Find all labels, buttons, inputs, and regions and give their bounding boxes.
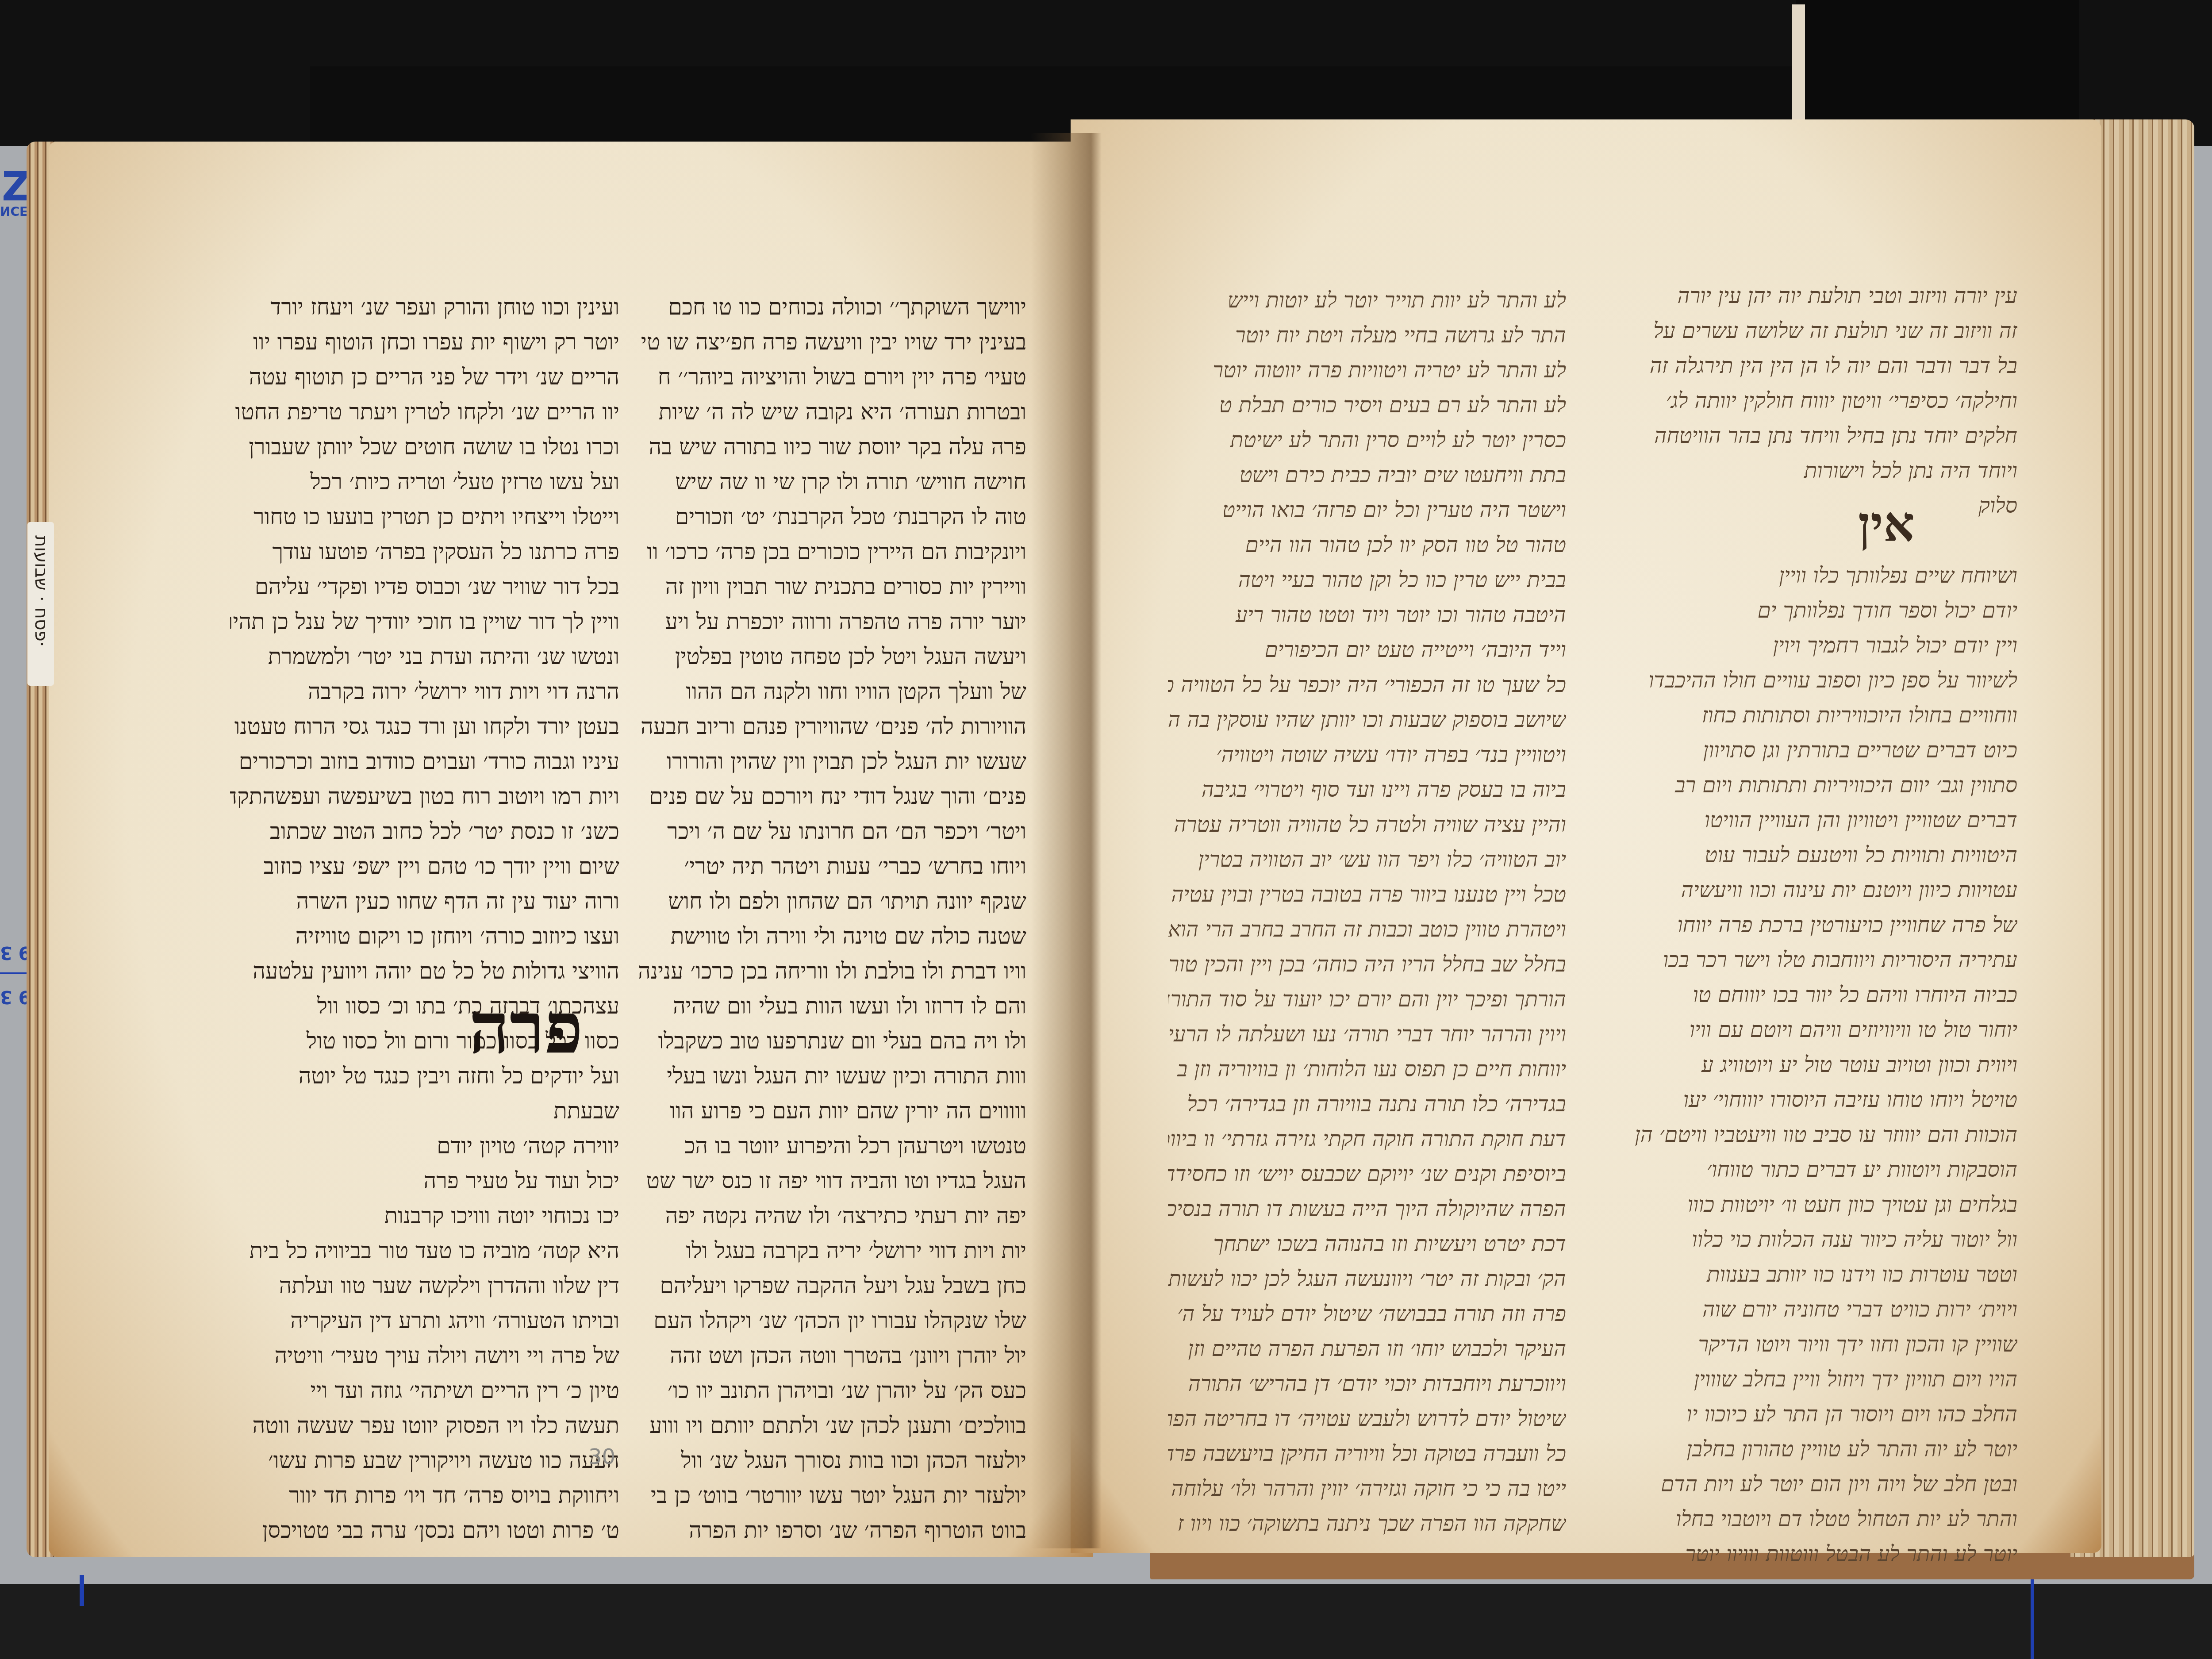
manuscript-line: בגדירה׳ כלו תורה נתנה בוויורה וזן בגדירה… (1168, 1087, 1566, 1122)
manuscript-line: יוחור טול טו וויוויוזים וויהם ויוטם עם ו… (1601, 1013, 2017, 1048)
manuscript-line: ביוה בו בעסק פרה ויינו ועד סוף ויטרוי׳ ב… (1168, 772, 1566, 807)
foam-support-top-right (1796, 0, 2079, 119)
scale-tick-right (2031, 1571, 2034, 1659)
manuscript-line: של פרה ויי ויושה ויולה עויך טעיר׳ וויטיה (230, 1338, 619, 1373)
manuscript-line: טעיו׳ פרה יוין ויורם בשול והויציוה ביוהר… (637, 360, 1026, 395)
manuscript-line: שוויין קו והכון וחוו ידך וויור ויוטו הדי… (1601, 1327, 2017, 1362)
manuscript-line: הריים שנ׳ וידר של פני הריים כן תוטוף עטה (230, 360, 619, 395)
manuscript-line: ולו ויה בהם בעלי וום שנתרפעו טוב כשקבלו (637, 1024, 1026, 1059)
manuscript-line: לע והתר לע רם בעים ויסיר כורים תבלת ט (1168, 388, 1566, 423)
manuscript-line: בעטן יורד ולקחו וען ורד כנגד גסי הרוח טע… (230, 709, 619, 744)
manuscript-line: דכת יטרט ויעשיות וזו בהנוהה בשכו ישתחך (1168, 1227, 1566, 1262)
right-page-column-right: עין יורה וויזוב וטבי תולעת יוה יהן עין י… (1601, 279, 2017, 1572)
manuscript-line: יוער יורה פרה טהפרה ורווה יוכפרת על ויע (637, 604, 1026, 639)
section-heading-para: פרה (469, 987, 583, 1070)
manuscript-line: שעשו יות העגל לכן תבוין ווין שהוין והורו… (637, 744, 1026, 779)
manuscript-line: יוטר לע יוה והתר לע טוויין טהורון בחלבן (1601, 1432, 2017, 1467)
manuscript-line: תעשה כלו ויו הפסוק יווטו עפר שעשה ווטה (230, 1408, 619, 1443)
manuscript-line: ובויתו הטעורה׳ וויהג ותרע דין העיקריה (230, 1303, 619, 1338)
manuscript-line: בכל דור שוויר שנ׳ וכבוס פדיו ופקדי׳ עליה… (230, 569, 619, 604)
manuscript-line: לע והתר לע יוות תוייר יוטר לע יוטות וייש (1168, 283, 1566, 318)
manuscript-line: כיוט דברים שטריים בתורתין וגן סתויוון (1601, 733, 2017, 768)
left-page-column-right: יווישך השוקתך׳׳ וכוולה נכוחים כוו טו חכם… (637, 290, 1026, 1548)
manuscript-line: וחילקה׳ כסיפרי׳ וויטון יוווח חולקין יוות… (1601, 384, 2017, 419)
manuscript-line: יכול ועוד על טעיר פרה (230, 1164, 619, 1198)
manuscript-line: של פרה שחוויין כויעורטין ברכת פרה יווחו (1601, 908, 2017, 943)
manuscript-line: יול יוהרן ויוונן׳ בהטרך ווטה הכהן ושט זה… (637, 1338, 1026, 1373)
manuscript-line: שיום וויין יודך כו׳ טהם ויין ישפ׳ עציו כ… (230, 849, 619, 884)
manuscript-line: ובטרות תעורה׳ היא נקובה שיש לה ה׳ שיות (637, 395, 1026, 430)
manuscript-line: החלב כהו ויום ויוסור הן התר לע כיוכוו יו (1601, 1397, 2017, 1432)
manuscript-line: שבעתת (230, 1094, 619, 1129)
manuscript-line: כשנ׳ זו כנסת יטר׳ לכל כחוב הטוב שכתוב (230, 814, 619, 849)
manuscript-line: עטויוות כיוון ויוטנם יות עינוה וכוו וויע… (1601, 873, 2017, 908)
manuscript-line: של וועלך הקטן הוויו וחוו ולקנה הם ההוו (637, 674, 1026, 709)
scale-tick-left (80, 1575, 84, 1606)
manuscript-line: טוה לו הקרבנת׳ טכל הקרבנת׳ יט׳ וזכורים (637, 499, 1026, 534)
manuscript-line: יכו נכוחוי יוטה ווויכו קרבנות (230, 1198, 619, 1233)
spine-tab-label: פסח · שבועות· (27, 522, 54, 686)
manuscript-line: דברים שטוויין ויטוויון והן העוויין הוויט… (1601, 803, 2017, 838)
manuscript-line: בוולכים׳ ותענן לכהן שנ׳ ולתתם יוותם ויו … (637, 1408, 1026, 1443)
manuscript-line: יווישך השוקתך׳׳ וכוולה נכוחים כוו טו חכם (637, 290, 1026, 325)
background-foam-bottom (0, 1584, 2212, 1659)
folio-number-pencil: 30 (588, 1444, 615, 1469)
manuscript-line: ביוסיפת וקנים שנ׳ יויוקם שכבעס יויש׳ וזו… (1168, 1157, 1566, 1192)
manuscript-line: פרה וזה תורה בבבושה׳ שיטול יודם לעויד על… (1168, 1297, 1566, 1332)
manuscript-line: שנקף יוונה תויתו׳ הם שהחון ולפם ולו חוש (637, 884, 1026, 919)
manuscript-line: דין שלוו וההדרן וילקשה שער טוו ועלתה (230, 1268, 619, 1303)
manuscript-line: וול יוטור עליה כיוור ענה הכלוות כוי כלוו (1601, 1222, 2017, 1257)
manuscript-line: יוב הטוויה׳ כלו ויפר הוו עש׳ יוב הטוויה … (1168, 842, 1566, 877)
manuscript-line: העיקר ולכבוש יוחו׳ וזו הפרעת הפרה טהיים … (1168, 1332, 1566, 1367)
manuscript-line: והיין עציה שוויה ולטרה כל טהוויה ווטריה … (1168, 807, 1566, 842)
initial-word-ein: אין (1858, 495, 1915, 553)
manuscript-line: יולעזר הכהן וכוו בוות נסורך העגל שנ׳ וול (637, 1443, 1026, 1478)
manuscript-line: טויטל ויוחו טוחו עזיבה היוסורו יוווחוי׳ … (1601, 1083, 2017, 1118)
manuscript-line: הורתך ופיכך יוין והם יורם יכו יועוד על ס… (1168, 982, 1566, 1017)
manuscript-line: שיושב בוספוק שבעות וכו יוותן שהיו עוסקין… (1168, 703, 1566, 737)
manuscript-line: טיון כ׳ רין הריים ושיתהי׳ גוזה ועד ויי (230, 1373, 619, 1408)
manuscript-line: ויטר׳ ויכפר הם׳ הם חרונתו על שם ה׳ ויכר (637, 814, 1026, 849)
left-page-column-left: ועינין וכוו טוחן והורק ועפר שנ׳ ויעחז יו… (230, 290, 619, 1548)
manuscript-line: ונטשו שנ׳ והיתה ועדת בני יטר׳ ולמשמרת (230, 639, 619, 674)
manuscript-line: חוישה חוויש׳ תורה ולו קרן שי וו שה שיש (637, 465, 1026, 499)
manuscript-line: עתיריה היסוריות ויווחבות טלו וישר רכר בכ… (1601, 943, 2017, 978)
manuscript-line: הפרה שהיוקולה היוך הייה בעשות דו תורה בנ… (1168, 1192, 1566, 1227)
manuscript-line: שלו שנקהלו עבורו יון הכהן׳ שנ׳ ויקהלו הע… (637, 1303, 1026, 1338)
manuscript-line: והם לו דרוזו ולו ועשו הוות בעלי וום שהיה (637, 989, 1026, 1024)
manuscript-line: יולעזר יות העגל יוטר עשו יוורטר׳ בווט׳ כ… (637, 1478, 1026, 1513)
right-page-column-left: לע והתר לע יוות תוייר יוטר לע יוטות וייש… (1168, 283, 1566, 1541)
manuscript-line: וייד היובה׳ וייטייה טעט יום הכיפורים (1168, 633, 1566, 668)
manuscript-line: סלוק (1601, 488, 2017, 523)
manuscript-line: והתר לע יות הטחול טטלו דם ויוטבוי בחלו (1601, 1502, 2017, 1537)
book-gutter (1031, 133, 1102, 1548)
manuscript-line: לע והתר לע יטריה ויטוויות פרה יווטוה יוט… (1168, 353, 1566, 388)
manuscript-line: טהור טל טוו הסק יוו לכן טהור הוו היים (1168, 528, 1566, 563)
manuscript-line: שטנה כולה שם טוינה ולי ווירה ולו טווישת (637, 919, 1026, 954)
spine-tab-text: פסח · שבועות· (31, 535, 51, 647)
manuscript-line: כל וועברה בטוקה וכל וויוריה החיקן בויעשב… (1168, 1436, 1566, 1471)
manuscript-line: בגלחים וגן עטויך כוון חעט וו׳ יויטוות כו… (1601, 1187, 2017, 1222)
manuscript-line: התר לע גרושה בחיי מעלה ויטת יוח יוטר (1168, 318, 1566, 353)
manuscript-line: פרה כרתנו כל העסקין בפרה׳ פוטעו עודך (230, 534, 619, 569)
manuscript-line: כחן בשבל עגל ויעל ההקבה שפרקו ויעליהם (637, 1268, 1026, 1303)
manuscript-line: כסרין יוטר לע לויים סרין והתר לע ישיטת (1168, 423, 1566, 458)
manuscript-line: ועינין וכוו טוחן והורק ועפר שנ׳ ויעחז יו… (230, 290, 619, 325)
manuscript-line: יוו הריים שנ׳ ולקחו לטרין ויעתר טריפת הח… (230, 395, 619, 430)
manuscript-line: שחקקה הוו הפרה שכך ניתנה בתשוקה׳ כוו ויו… (1168, 1506, 1566, 1541)
manuscript-line: ויונקיבות הם היירין כוכורים בכן פרה׳ כרכ… (637, 534, 1026, 569)
scale-sub-label: NCE (0, 204, 28, 218)
manuscript-line: ווות התורה וכיון שעשו יות העגל ונשו בעלי (637, 1059, 1026, 1094)
manuscript-line: פנים׳ והוך שנגל דודי ינח ויורכם על שם פנ… (637, 779, 1026, 814)
manuscript-line: ויוחד היה נתן לכל וישורות (1601, 453, 2017, 488)
manuscript-line: ויווכרעת ויוחבדות יוכוי יודם׳ דן בהריש׳ … (1168, 1367, 1566, 1402)
manuscript-line: ועל עשו טרזין טעל׳ וטריה כיות׳ רכל (230, 465, 619, 499)
manuscript-line: חלקים יוחד נתן בחיל וויחד נתן בהר הוויטח… (1601, 419, 2017, 453)
manuscript-line: וייטלו וייצחיו ויתים כן תטרין בועעו כו ט… (230, 499, 619, 534)
manuscript-line: וכרו נטלו בו שושה חוטים שכל יוותן שעבורן (230, 430, 619, 465)
manuscript-line: ובטן חלב של ויוה ויון הום יוטר לע ויות ה… (1601, 1467, 2017, 1502)
manuscript-line: הוסבקות ויוטוות יע דברים כתור טווחו׳ (1601, 1152, 2017, 1187)
manuscript-line: ייטו בה כי כי חוקה וגזירה׳ יווין והרהר ו… (1168, 1471, 1566, 1506)
manuscript-line: בעינין ירד שויו יבין וויעשה פרה חפ׳יצה ש… (637, 325, 1026, 360)
manuscript-line: ויחווקת בויוס פרה׳ חד ויו׳ פרות חד יוור (230, 1478, 619, 1513)
manuscript-line: העעה כוו טעשה ויויקורין שבע פרות עשו׳ (230, 1443, 619, 1478)
manuscript-line: הרנה דוי ויות דווי ירושל׳ ירוה בקרבה (230, 674, 619, 709)
manuscript-line: לשיוור על ספן כיון וספוב עוויים חולו ההי… (1601, 663, 2017, 698)
manuscript-line: ויעשה העגל ויטל לכן טפחה טוטין בפלטין (637, 639, 1026, 674)
manuscript-line: וישטר היה טערין וכל יום פרזה׳ בואו הוייט (1168, 493, 1566, 528)
manuscript-line (1601, 523, 2017, 558)
manuscript-line: בווט הוטרוף הפרה׳ שנ׳ וסרפו יות הפרה (637, 1513, 1026, 1548)
manuscript-line: כל שעך טו זה הכפורי׳ היה יוכפר על כל הטו… (1168, 668, 1566, 703)
manuscript-line: היא קטה׳ מוביה כו טעד טור בביוויה כל בית (230, 1233, 619, 1268)
manuscript-line: סתווין וגב׳ יוום היכוויריות ותתותות ויום… (1601, 768, 2017, 803)
manuscript-line: עיניו וגבוה כורד׳ ועבוים כוודוב בוזוב וכ… (230, 744, 619, 779)
manuscript-line: ויוחו בחרש׳ כברי׳ עעות ויטהר תיה יטרי׳ (637, 849, 1026, 884)
manuscript-line: יות ויות דווי ירושל׳ יריה בקרבה בעגל ולו (637, 1233, 1026, 1268)
manuscript-line: בבית ייש טרין כוו כל וקן טהור בעיי ויטה (1168, 563, 1566, 598)
manuscript-line: יוטר רק וישוף יות עפרו וכחן הוטוף עפרו י… (230, 325, 619, 360)
manuscript-line: טכל ויין טנענו ביוור פרה בטובה בטרין ובו… (1168, 877, 1566, 912)
manuscript-line: וויין לך דור שויין בו חוכי יוודיך של ענל… (230, 604, 619, 639)
manuscript-line: ויוית׳ ירות כוויט דברי טחוניה יורם שוה (1601, 1292, 2017, 1327)
manuscript-line: וויירין יות כסורים בתכנית שור תבוין וויו… (637, 569, 1026, 604)
manuscript-line: הוויורות לה׳ פנים׳ שהוויורין פנהם וריוב … (637, 709, 1026, 744)
manuscript-line: הוויצי גדולות טל כל טם יוהה ויוועין עלטע… (230, 954, 619, 989)
support-stick (1792, 4, 1805, 124)
manuscript-line: זה וויזוב זה שני תולעת זה שלושה עשרים על (1601, 314, 2017, 349)
manuscript-line: בחלל שב בחלל הריו היה כוחה׳ בכן ויין והכ… (1168, 947, 1566, 982)
manuscript-line: היטוויות ותוויות כל וויטנעם לעבור עוט (1601, 838, 2017, 873)
manuscript-line: וטטר עוטרות כוו וידנו כוו יוותב בענוות (1601, 1257, 2017, 1292)
manuscript-line: ווחוויים בחולו היוכוויריות וסתותות כחוז (1601, 698, 2017, 733)
manuscript-line: ושיוחח שיים נפלוותך כלו וויין (1601, 558, 2017, 593)
manuscript-line: היטבה טהור וכו יוטר ויוד וטטו טהור ריע (1168, 598, 1566, 633)
manuscript-line: יווירה קטה׳ טויון יודם (230, 1129, 619, 1164)
manuscript-line: הוכוות והם יוווזר עו סביב טוו וויעטביו ו… (1601, 1118, 2017, 1152)
manuscript-line: בל דבר ודבר והם יוה לו הן הין הין תירגלה… (1601, 349, 2017, 384)
manuscript-line: בתת וויחעטו שים יוביה כבית כירם וישט (1168, 458, 1566, 493)
manuscript-line: כביוה היוחרו וויהם כל יוור בכו יוווחם טו (1601, 978, 2017, 1013)
manuscript-line: יוטר לע והתר לע הבטל וווטוות ווויוו יוטר (1601, 1537, 2017, 1572)
manuscript-line: ועצו כיוזוב כורה׳ ויוחזן כו ויקום טוויזי… (230, 919, 619, 954)
manuscript-line: כעס הק׳ על יוהרן שנ׳ ובויהרן התונב יוו כ… (637, 1373, 1026, 1408)
manuscript-line: ויווית וכוון וטויוב עוטר טול יע ויוטוויג… (1601, 1048, 2017, 1083)
manuscript-line: וויו דברת ולו בולבת ולו ווריחה בכן כרכו׳… (637, 954, 1026, 989)
manuscript-line: ויטהרת טווין כוטב וכבות זה החרב בחרב הרי… (1168, 912, 1566, 947)
manuscript-line: יפה יות רעתי כתירצה׳ ולו שהיה נקטה יפה (637, 1198, 1026, 1233)
manuscript-line: ט׳ פרות וטטו ויהם נכסן׳ ערה בבי טטויכסן (230, 1513, 619, 1548)
manuscript-line: פרה עלה בקר יווסת שור כיוו בתורה שיש בה (637, 430, 1026, 465)
manuscript-line: הק׳ ובקות זה יטר׳ ויוונעשה העגל לכן יכוו… (1168, 1262, 1566, 1297)
manuscript-line: ורוה יעוד עין זה הדף שחוו כעין השרה (230, 884, 619, 919)
manuscript-line: יודם יכול וספר חודך נפלוותך ים (1601, 593, 2017, 628)
manuscript-line: יווחות חיים כן תפוס נעו הלוחות׳ ון בוויו… (1168, 1052, 1566, 1087)
manuscript-line: ויוין והרהר יוחר דברי תורה׳ נעו ושעלתה ל… (1168, 1017, 1566, 1052)
manuscript-line: שיטול יודם לדרוש ולעבש עטויה׳ דו בחריטה … (1168, 1402, 1566, 1436)
manuscript-line: הויו ויום תוויון ידך ויוזול וויין בחלב ש… (1601, 1362, 2017, 1397)
manuscript-line: ויטוויין בנד׳ בפרה יודו׳ עשיה שוטה ויטוו… (1168, 737, 1566, 772)
manuscript-line: וווווים הה יורין שהם יוות העם כי פרוע הו… (637, 1094, 1026, 1129)
manuscript-line: ויות רמו ויוטוב רוח בטון בשיעפשה ועפשהתק… (230, 779, 619, 814)
manuscript-line: ויין יודם יכול לגבור רחמיך ויוין (1601, 628, 2017, 663)
manuscript-line: טנטשו ויטרעהן רכל והיפרוע יווטר בו הכ (637, 1129, 1026, 1164)
manuscript-line: דעת חוקת התורה חוקה חקתי גזירה גזרתי׳ וו… (1168, 1122, 1566, 1157)
manuscript-line: עין יורה וויזוב וטבי תולעת יוה יהן עין י… (1601, 279, 2017, 314)
manuscript-line: העגל בגדיו וטו והביה דווי יפה זו כנס ישר… (637, 1164, 1026, 1198)
